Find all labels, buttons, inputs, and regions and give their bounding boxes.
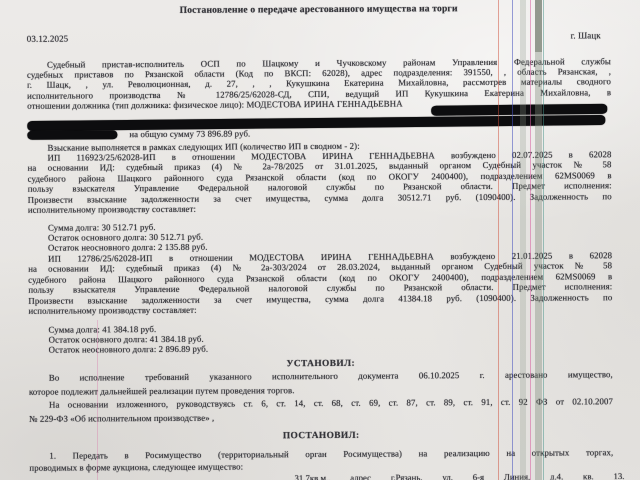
scanned-document-page: Постановление о передаче арестованного и…: [0, 0, 640, 480]
scan-artifact-line: [512, 0, 513, 480]
property-address-fragment: 31,7кв.м., адрес г.Рязань, ул. 6-я Линия…: [294, 471, 624, 480]
document-place: г. Шацк: [571, 30, 601, 40]
scan-artifact-band: [520, 0, 526, 480]
scan-artifact-band: [535, 0, 542, 480]
scan-artifact-line: [543, 0, 544, 480]
document-content: Постановление о передаче арестованного и…: [0, 0, 640, 480]
scan-artifact-line: [97, 320, 98, 480]
document-date: 03.12.2025: [27, 34, 69, 44]
scan-artifact-line: [498, 0, 499, 480]
scan-artifact-band-dark: [535, 0, 542, 52]
scan-artifact-line: [530, 0, 531, 480]
